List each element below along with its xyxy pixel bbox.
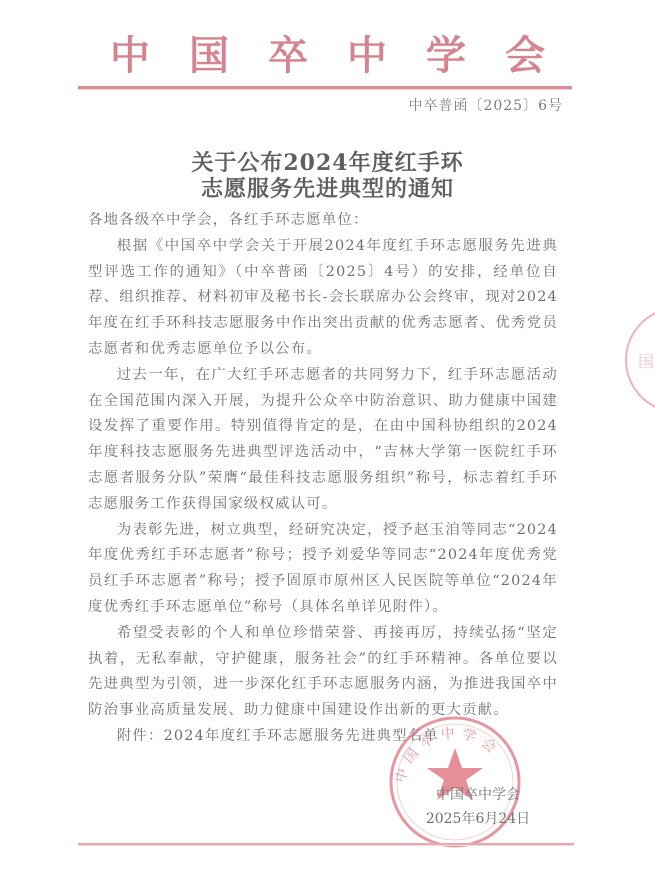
letterhead-char: 中 bbox=[110, 32, 150, 80]
body-paragraph: 根据《中国卒中学会关于开展2024年度红手环志愿服务先进典型评选工作的通知》（中… bbox=[88, 234, 558, 363]
body-paragraph: 为表彰先进，树立典型，经研究决定，授予赵玉洎等同志“2024年度优秀红手环志愿者… bbox=[88, 518, 558, 621]
document-number: 中卒普函〔2025〕6号 bbox=[408, 95, 563, 115]
letterhead-char: 学 bbox=[426, 32, 466, 80]
letterhead-char: 会 bbox=[505, 32, 545, 80]
signature-date: 2025年6月24日 bbox=[408, 807, 548, 831]
document-title-line-2: 志愿服务先进典型的通知 bbox=[80, 176, 575, 202]
signature-block: 中国卒中学会 2025年6月24日 bbox=[408, 783, 548, 831]
partial-seal-icon: 国 bbox=[618, 305, 655, 415]
document-title-line-1: 关于公布2024年度红手环 bbox=[80, 150, 575, 176]
letterhead-char: 国 bbox=[189, 32, 229, 80]
letterhead-char: 中 bbox=[347, 32, 387, 80]
footer-divider bbox=[78, 843, 574, 846]
letterhead-organization-name: 中 国 卒 中 学 会 bbox=[110, 32, 545, 80]
body-paragraph: 过去一年，在广大红手环志愿者的共同努力下，红手环志愿活动在全国范围内深入开展，为… bbox=[88, 363, 558, 518]
document-body: 各地各级卒中学会，各红手环志愿单位： 根据《中国卒中学会关于开展2024年度红手… bbox=[88, 208, 558, 750]
attachment-note: 附件：2024年度红手环志愿服务先进典型名单 bbox=[88, 724, 558, 750]
signature-organization: 中国卒中学会 bbox=[408, 783, 548, 807]
letterhead-char: 卒 bbox=[268, 32, 308, 80]
letterhead-divider bbox=[78, 86, 572, 90]
svg-text:国: 国 bbox=[638, 352, 654, 371]
salutation: 各地各级卒中学会，各红手环志愿单位： bbox=[88, 208, 558, 234]
document-page: 中 国 卒 中 学 会 中卒普函〔2025〕6号 关于公布2024年度红手环 志… bbox=[0, 0, 655, 890]
body-paragraph: 希望受表彰的个人和单位珍惜荣誉、再接再厉，持续弘扬“坚定执着，无私奉献，守护健康… bbox=[88, 621, 558, 724]
